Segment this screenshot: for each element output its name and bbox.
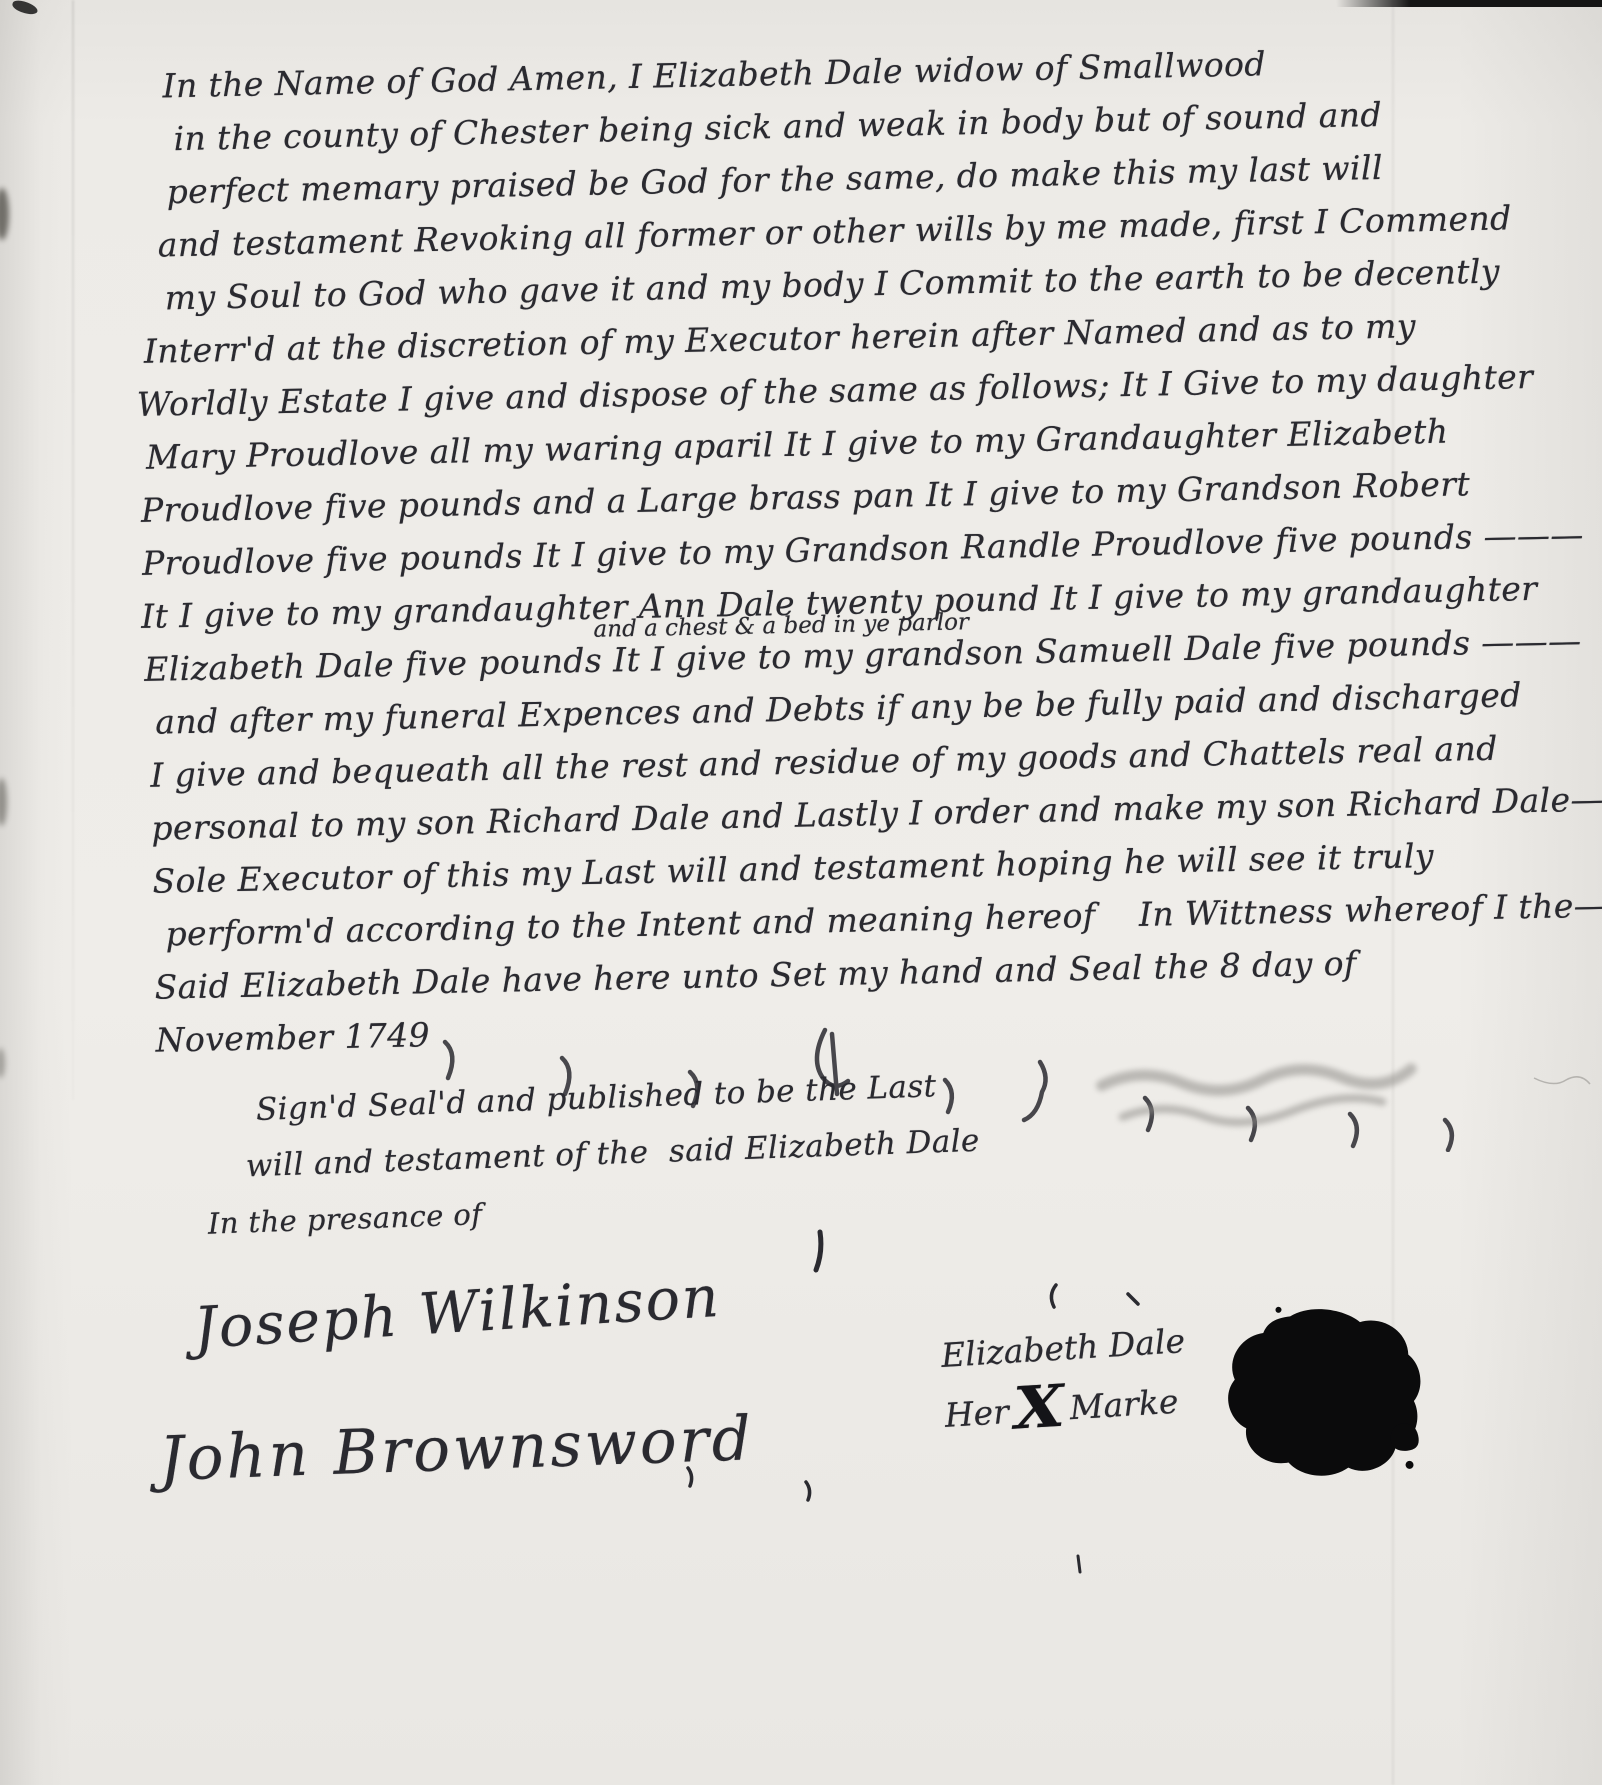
testatrix-name: Elizabeth Dale [940,1321,1186,1375]
ink-blot-seal [1203,1296,1433,1496]
vertical-fold-crease [72,0,74,1100]
witness-signature-john-brownsword: John Brownsword [158,1403,755,1495]
attestation-clause: Sign'd Seal'd and published to be the La… [255,1057,983,1250]
bleed-through-smudge [1091,1044,1434,1146]
scanned-will-page: In the Name of God Amen, I Elizabeth Dal… [0,0,1602,1785]
mark-suffix: Marke [1069,1381,1180,1427]
will-body: In the Name of God Amen, I Elizabeth Dal… [130,34,1470,1067]
witness-signature-joseph-wilkinson: Joseph Wilkinson [192,1264,722,1362]
mark-prefix: Her [944,1391,1010,1434]
x-mark: X [1012,1372,1066,1443]
scan-edge-shadow [1336,0,1602,7]
testatrix-signature-block: Elizabeth Dale Her X Marke [940,1321,1191,1449]
left-margin-shading [0,0,74,1785]
testatrix-mark-line: Her X Marke [943,1366,1191,1449]
